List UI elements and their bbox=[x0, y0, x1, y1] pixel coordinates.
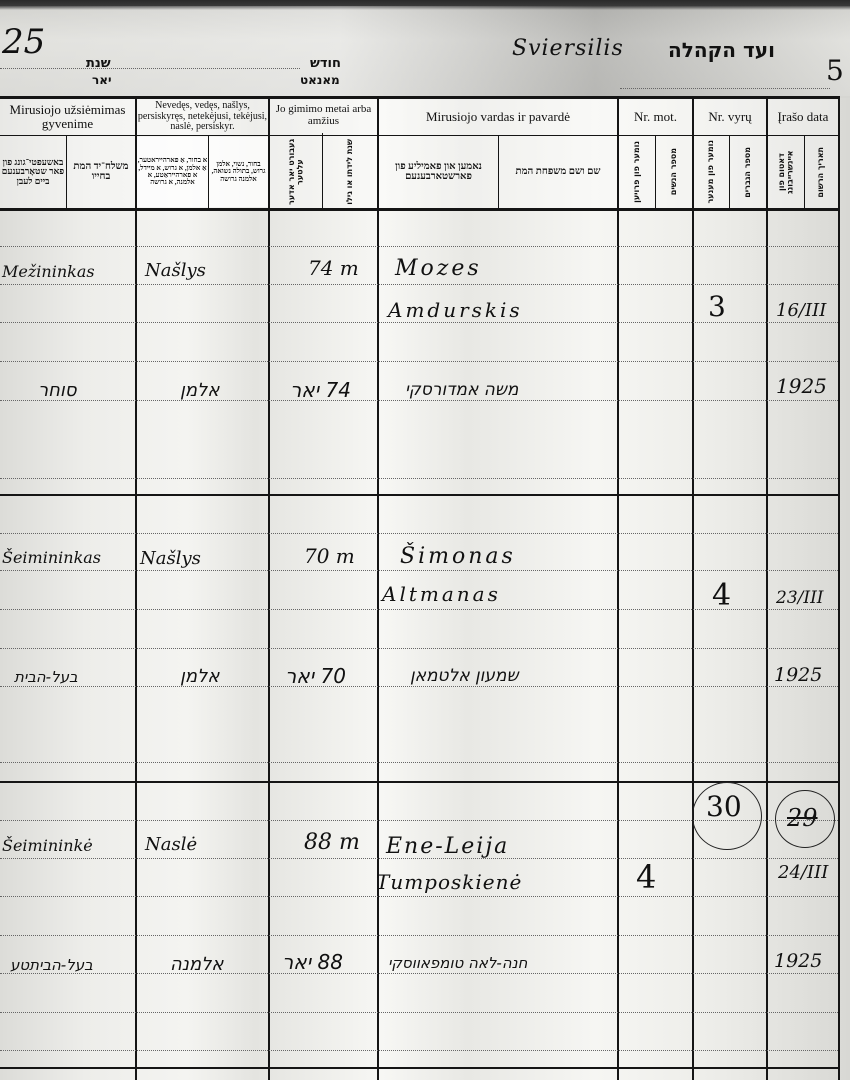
subhdr-age-he-text: שנת לידתו או גילו bbox=[346, 139, 354, 205]
rule bbox=[0, 478, 838, 479]
col-line-right bbox=[838, 97, 840, 1080]
month-sub-label: מאנאט bbox=[300, 73, 340, 87]
rule bbox=[0, 361, 838, 362]
month-label: חודש bbox=[310, 56, 341, 71]
rule bbox=[0, 686, 838, 687]
first-name: Ene-Leija bbox=[386, 834, 509, 859]
occupation: Mežininkas bbox=[2, 262, 95, 281]
corner-year-fragment: 25 bbox=[2, 22, 45, 62]
register-page: 25 שנת יאר חודש מאנאט Sviersilis ועד הקה… bbox=[0, 0, 850, 1080]
community-handwritten: Sviersilis bbox=[512, 36, 624, 61]
community-underline bbox=[620, 88, 830, 89]
last-name: Tumposkienė bbox=[376, 870, 522, 894]
col-title-marital: Nevedęs, vedęs, našlys, persiskyręs, net… bbox=[137, 99, 268, 135]
occupation-yi: בעל-הביתטע bbox=[10, 956, 93, 974]
subhdr-nrvyru-yi-text: נומער פון מענער bbox=[707, 140, 715, 204]
col-line-6 bbox=[766, 97, 768, 1080]
rule bbox=[0, 400, 838, 401]
subhdr-nrvyru-yi: נומער פון מענער bbox=[694, 137, 729, 207]
date: 24/III bbox=[778, 862, 828, 883]
subhdr-marital-yi: א בחור, אַ פארהייראטער, אַ אלמן, א גרוש,… bbox=[137, 137, 208, 207]
nr-vyru: 4 bbox=[712, 578, 731, 613]
col-line-4 bbox=[617, 97, 619, 1080]
last-name: Altmanas bbox=[382, 582, 501, 606]
date: 16/III bbox=[776, 300, 826, 321]
name-yi: משה אמדורסקי bbox=[405, 380, 518, 400]
subhdr-date-he-text: תאריך הרשום bbox=[817, 147, 825, 198]
col-line-3 bbox=[377, 97, 379, 1080]
age-yi: 88 יאר bbox=[282, 950, 343, 974]
occupation: Šeimininkas bbox=[2, 548, 101, 567]
header-subrow-line bbox=[0, 135, 840, 136]
col-title-nr-vyru: Nr. vyrų bbox=[694, 99, 766, 135]
rule bbox=[0, 284, 838, 285]
subhdr-name-he: שם ושם משפחת המת bbox=[499, 137, 617, 207]
rule bbox=[0, 973, 838, 974]
col-title-date: Įrašo data bbox=[768, 99, 838, 135]
age-yi: 70 יאר bbox=[285, 664, 346, 688]
marital-yi: אלמן bbox=[180, 380, 219, 401]
age: 70 m bbox=[304, 544, 355, 568]
year-underline bbox=[0, 68, 300, 69]
first-name: Šimonas bbox=[400, 544, 516, 569]
year: 1925 bbox=[774, 664, 822, 686]
header-divider bbox=[0, 208, 840, 211]
subhdr-nrmot-yi-text: נומער פון פרויען bbox=[633, 141, 641, 203]
occupation-yi: סוחר bbox=[38, 380, 77, 401]
marital-status: Naslė bbox=[145, 834, 197, 855]
margin-mark-30: 30 bbox=[706, 790, 742, 823]
age: 74 m bbox=[308, 256, 359, 280]
marital-status: Našlys bbox=[145, 260, 206, 281]
col-line-2 bbox=[268, 97, 270, 1080]
subhdr-occupation-he: משלח־יד המת בחייו bbox=[67, 137, 135, 207]
date: 23/III bbox=[776, 588, 824, 608]
subhdr-nrmot-he-text: מספר הנשים bbox=[670, 148, 678, 195]
nr-mot: 4 bbox=[636, 858, 656, 896]
subhdr-nrvyru-he-text: מספר הגברים bbox=[744, 147, 752, 198]
rule bbox=[0, 935, 838, 936]
col-line-1 bbox=[135, 97, 137, 1080]
age-yi: 74 יאר bbox=[290, 378, 351, 402]
col-title-name: Mirusiojo vardas ir pavardė bbox=[379, 99, 617, 135]
rule bbox=[0, 246, 838, 247]
subhdr-date-yi-text: דאטום פון אײנשרײבונג bbox=[778, 137, 795, 207]
col-title-age: Jo gimimo metai arba amžius bbox=[270, 99, 377, 133]
subhdr-nrmot-yi: נומער פון פרויען bbox=[619, 137, 655, 207]
year: 1925 bbox=[774, 950, 822, 972]
entry-separator-3 bbox=[0, 1067, 838, 1069]
subhdr-nrvyru-he: מספר הגברים bbox=[730, 137, 766, 207]
subhdr-age-he: שנת לידתו או גילו bbox=[323, 137, 377, 207]
name-yi: שמעון אלטמאן bbox=[410, 666, 519, 686]
subhdr-date-yi: דאטום פון אײנשרײבונג bbox=[768, 137, 804, 207]
subhdr-marital-he: בחור, נשוי, אלמן גרוש, בתולה נשואה, אלמנ… bbox=[209, 137, 268, 207]
subhdr-nrmot-he: מספר הנשים bbox=[656, 137, 692, 207]
age: 88 m bbox=[304, 830, 360, 855]
marital-yi: אלמן bbox=[180, 666, 219, 687]
rule bbox=[0, 533, 838, 534]
first-name: Mozes bbox=[395, 256, 482, 281]
marital-status: Našlys bbox=[140, 548, 201, 569]
occupation: Šeimininkė bbox=[2, 836, 93, 855]
entry-separator-1 bbox=[0, 494, 838, 496]
nr-vyru: 3 bbox=[708, 290, 726, 323]
rule bbox=[0, 1050, 838, 1051]
col-title-occupation: Mirusiojo užsiėmimas gyvenime bbox=[0, 99, 135, 135]
rule bbox=[0, 648, 838, 649]
entry-separator-2 bbox=[0, 781, 838, 783]
subhdr-age-yi-text: געבורט יאר אדער עלטער bbox=[288, 137, 305, 207]
subhdr-date-he: תאריך הרשום bbox=[805, 137, 838, 207]
rule bbox=[0, 762, 838, 763]
rule bbox=[0, 1012, 838, 1013]
year-sub-label: יאר bbox=[92, 73, 112, 87]
page-number: 5 bbox=[826, 54, 844, 87]
rule bbox=[0, 896, 838, 897]
year: 1925 bbox=[776, 374, 827, 398]
subhdr-age-yi: געבורט יאר אדער עלטער bbox=[270, 137, 322, 207]
community-label: ועד הקהלה bbox=[668, 38, 775, 62]
margin-mark-29-struck: 29 bbox=[787, 804, 818, 832]
marital-yi: אלמנה bbox=[170, 954, 223, 975]
occupation-yi: בעל-הבית bbox=[14, 668, 78, 686]
name-yi: חנה-לאה טומפאווסקי bbox=[388, 954, 527, 972]
col-line-5 bbox=[692, 97, 694, 1080]
rule bbox=[0, 570, 838, 571]
subhdr-name-yi: נאמען און פאמיליע פון פארשטארבענעם bbox=[379, 137, 498, 207]
last-name: Amdurskis bbox=[388, 298, 523, 322]
col-title-nr-mot: Nr. mot. bbox=[619, 99, 692, 135]
subhdr-occupation-yi: באשעפטי־גונג פון פאר שטאָרבענעם ביים לעב… bbox=[0, 137, 66, 207]
